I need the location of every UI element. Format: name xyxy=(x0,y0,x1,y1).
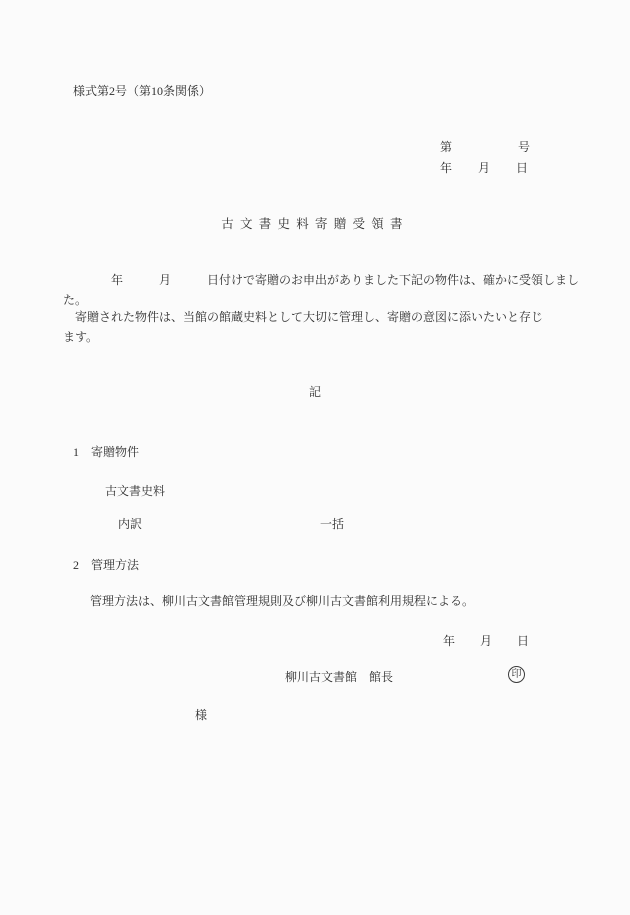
issuer-name: 柳川古文書館 館長 xyxy=(285,669,393,686)
section1-heading: 1 寄贈物件 xyxy=(73,444,139,461)
doc-number-prefix: 第 xyxy=(440,139,452,156)
ki-marker: 記 xyxy=(0,384,630,401)
footer-date-month: 月 xyxy=(480,633,492,650)
document-page: 様式第2号（第10条関係） 第 号 年 月 日 古文書史料寄贈受領書 年 月 日… xyxy=(0,0,630,915)
section2-text: 管理方法は、柳川古文書館管理規則及び柳川古文書館利用規程による。 xyxy=(90,593,474,610)
footer-date-day: 日 xyxy=(517,633,529,650)
footer-date-year: 年 xyxy=(443,633,455,650)
header-date-line: 年 月 日 xyxy=(440,160,528,177)
doc-number-suffix: 号 xyxy=(518,139,530,156)
paragraph2-line1: 寄贈された物件は、当館の館蔵史料として大切に管理し、寄贈の意図に添いたいと存じ xyxy=(63,309,543,326)
section1-material: 古文書史料 xyxy=(105,483,165,500)
form-number-label: 様式第2号（第10条関係） xyxy=(73,83,211,100)
header-date-day: 日 xyxy=(516,160,528,177)
paragraph1-line2: た。 xyxy=(63,292,87,309)
paragraph1-line1: 年 月 日付けで寄贈のお申出がありました下記の物件は、確かに受領しまし xyxy=(63,272,579,289)
header-date-month: 月 xyxy=(478,160,490,177)
document-title: 古文書史料寄贈受領書 xyxy=(0,216,630,233)
section2-heading: 2 管理方法 xyxy=(73,557,139,574)
section1-breakdown-label: 内訳 xyxy=(118,516,142,533)
paragraph2-line2: ます。 xyxy=(63,329,98,346)
header-date-year: 年 xyxy=(440,160,452,177)
section1-breakdown-value: 一括 xyxy=(320,516,344,533)
seal-placeholder-icon: 印 xyxy=(508,666,525,683)
seal-character: 印 xyxy=(512,670,522,680)
footer-date-line: 年 月 日 xyxy=(443,633,529,650)
doc-number-line: 第 号 xyxy=(440,139,530,156)
recipient-honorific: 様 xyxy=(195,707,207,724)
